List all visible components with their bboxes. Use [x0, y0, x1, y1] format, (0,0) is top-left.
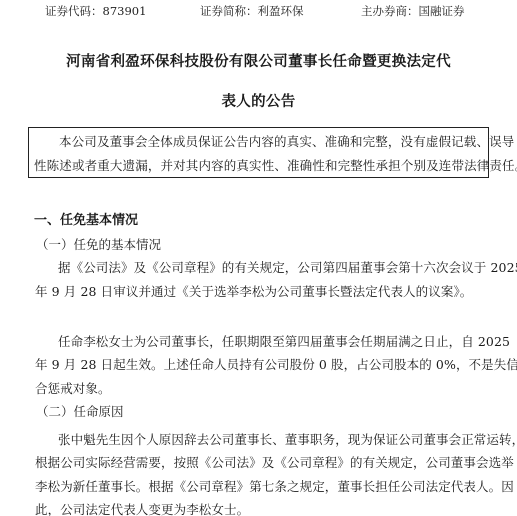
- paragraph-line: 张中魁先生因个人原因辞去公司董事长、董事职务，现为保证公司董事会正常运转，: [58, 430, 517, 450]
- subsection-heading-1: （一）任免的基本情况: [36, 235, 161, 255]
- subsection-heading-2: （二）任命原因: [36, 402, 124, 422]
- paragraph-line: 根据公司实际经营需要，按照《公司法》及《公司章程》的有关规定，公司董事会选举: [35, 453, 514, 473]
- document-title-line-1: 河南省利盈环保科技股份有限公司董事长任命暨更换法定代: [0, 50, 517, 71]
- disclaimer-line-1: 本公司及董事会全体成员保证公告内容的真实、准确和完整，没有虚假记载、误导: [34, 130, 484, 154]
- document-header: 证券代码：873901 证券简称：利盈环保 主办券商：国融证券: [0, 2, 517, 20]
- document-title-line-2: 表人的公告: [0, 90, 517, 111]
- paragraph-line: 据《公司法》及《公司章程》的有关规定，公司第四届董事会第十六次会议于 2025: [58, 258, 517, 278]
- paragraph-line: 年 9 月 28 日起生效。上述任命人员持有公司股份 0 股，占公司股本的 0%…: [35, 355, 517, 375]
- paragraph-line: 李松为新任董事长。根据《公司章程》第七条之规定，董事长担任公司法定代表人。因: [35, 477, 514, 497]
- paragraph-line: 年 9 月 28 日审议并通过《关于选举李松为公司董事长暨法定代表人的议案》。: [35, 282, 472, 302]
- paragraph-line: 任命李松女士为公司董事长，任职期限至第四届董事会任期届满之日止，自 2025: [58, 332, 510, 352]
- disclaimer-box: 本公司及董事会全体成员保证公告内容的真实、准确和完整，没有虚假记载、误导 性陈述…: [28, 127, 489, 178]
- security-code: 证券代码：873901: [45, 2, 146, 20]
- disclaimer-line-2: 性陈述或者重大遗漏，并对其内容的真实性、准确性和完整性承担个别及连带法律责任。: [34, 154, 484, 178]
- sponsor-broker: 主办券商：国融证券: [361, 2, 465, 20]
- paragraph-line: 合惩戒对象。: [35, 379, 111, 399]
- paragraph-line: 此，公司法定代表人变更为李松女士。: [35, 500, 249, 516]
- section-heading-1: 一、任免基本情况: [34, 211, 138, 231]
- security-short-name: 证券简称：利盈环保: [200, 2, 304, 20]
